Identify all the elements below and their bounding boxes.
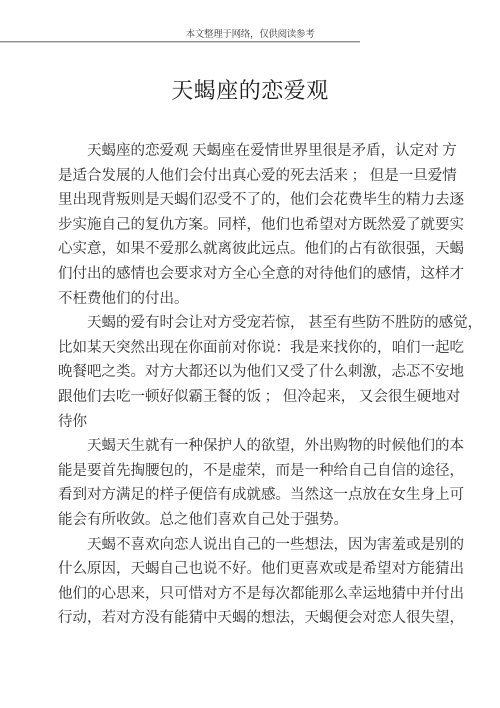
- body-line: 步实施自己的复仇方案。同样，他们也希望对方既然爱了就要实: [58, 213, 439, 238]
- body-line: 里出现背叛则是天蝎们忍受不了的，他们会花费毕生的精力去逐: [58, 188, 439, 213]
- body-line: 是适合发展的人他们会付出真心爱的死去活来 ； 但是一旦爱情: [58, 164, 439, 189]
- body-line: 比如某天突然出现在你面前对你说：我是来找你的，咱们一起吃: [58, 336, 439, 361]
- body-text: 天蝎座的恋爱观 天蝎座在爱情世界里很是矛盾，认定对 方是适合发展的人他们会付出真…: [58, 139, 439, 631]
- body-line: 天蝎不喜欢向恋人说出自己的一些想法，因为害羞或是别的: [58, 533, 439, 558]
- body-line: 心实意，如果不爱那么就离彼此远点。他们的占有欲很强，天蝎: [58, 237, 439, 262]
- body-line: 天蝎座的恋爱观 天蝎座在爱情世界里很是矛盾，认定对 方: [58, 139, 439, 164]
- body-line: 待你: [58, 410, 439, 435]
- body-line: 什么原因，天蝎自己也说不好。他们更喜欢或是希望对方能猜出: [58, 557, 439, 582]
- body-line: 看到对方满足的样子便倍有成就感。当然这一点放在女生身上可: [58, 483, 439, 508]
- body-line: 行动，若对方没有能猜中天蝎的想法，天蝎便会对恋人很失望，: [58, 606, 439, 631]
- body-line: 能会有所收敛。总之他们喜欢自己处于强势。: [58, 508, 439, 533]
- document-page: 本文整理于网络，仅供阅读参考 天蝎座的恋爱观 天蝎座的恋爱观 天蝎座在爱情世界里…: [0, 0, 500, 708]
- body-line: 天蝎的爱有时会让对方受宠若惊， 甚至有些防不胜防的感觉，: [58, 311, 439, 336]
- header-divider: [0, 41, 360, 43]
- body-line: 天蝎天生就有一种保护人的欲望，外出购物的时候他们的本: [58, 434, 439, 459]
- body-line: 他们的心思来，只可惜对方不是每次都能那么幸运地猜中并付出: [58, 582, 439, 607]
- document-title: 天蝎座的恋爱观: [0, 74, 500, 105]
- header-note: 本文整理于网络，仅供阅读参考: [0, 26, 500, 40]
- body-line: 们付出的感情也会要求对方全心全意的对待他们的感情，这样才: [58, 262, 439, 287]
- body-line: 不枉费他们的付出。: [58, 287, 439, 312]
- body-line: 跟他们去吃一顿好似霸王餐的饭 ； 但冷起来， 又会很生硬地对: [58, 385, 439, 410]
- body-line: 能是要首先掏腰包的，不是虚荣，而是一种给自己自信的途径，: [58, 459, 439, 484]
- body-line: 晚餐吧之类。对方大都还以为他们又受了什么刺激，忐忑不安地: [58, 360, 439, 385]
